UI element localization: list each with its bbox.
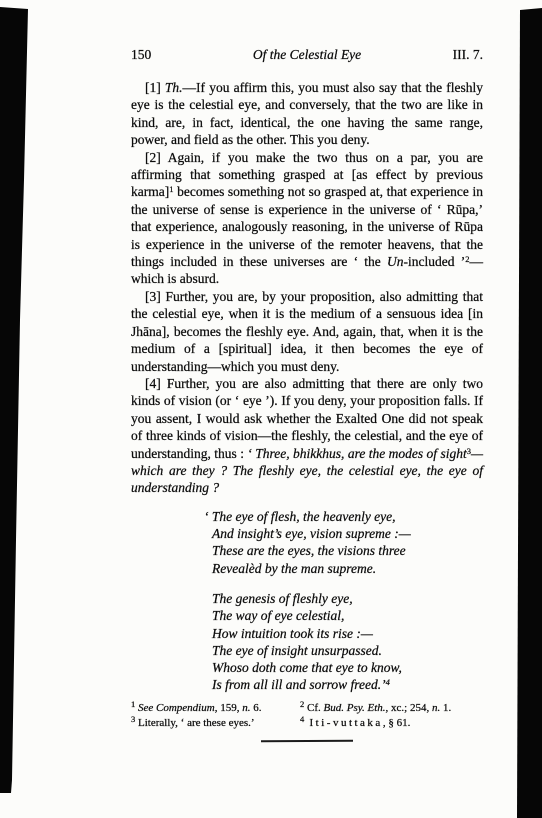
footnote-1-text: , 159, (215, 702, 243, 714)
footnote-2-work: Bud. Psy. Eth. (324, 702, 386, 714)
verse-line: ‘ The eye of flesh, the heavenly eye, (212, 508, 483, 525)
paragraph-2-text-c: -included ’ (404, 254, 466, 269)
footnote-2-text: Cf. (304, 702, 323, 714)
page-number: 150 (131, 46, 151, 63)
footnote-row-1: 1 See Compendium, 159, n. 6. 2 Cf. Bud. … (131, 701, 483, 716)
speaker-abbreviation: Th. (165, 80, 183, 95)
paragraph-1: [1] Th.—If you affirm this, you must als… (131, 79, 483, 149)
scan-gutter-shadow-left (0, 0, 30, 818)
footnote-1-end: 6. (250, 702, 261, 714)
un-included-term: Un (387, 254, 404, 269)
footnote-2: 2 Cf. Bud. Psy. Eth., xc.; 254, n. 1. (300, 701, 451, 716)
footnote-1: 1 See Compendium, 159, n. 6. (131, 701, 300, 716)
footnote-2-n: n. (432, 702, 440, 714)
verse-line: Revealèd by the man supreme. (212, 560, 483, 577)
footnote-2-end: 1. (440, 702, 451, 714)
footnote-1-work: See Compendium (135, 702, 214, 714)
section-number: III. 7. (453, 46, 483, 63)
verse-line: And insight’s eye, vision supreme :— (212, 525, 483, 542)
verse-stanza-1: ‘ The eye of flesh, the heavenly eye, An… (212, 508, 483, 577)
verse-line: These are the eyes, the visions three (212, 542, 483, 559)
verse-stanza-2: The genesis of fleshly eye, The way of e… (212, 590, 483, 694)
running-title: Of the Celestial Eye (253, 46, 361, 63)
verse-line: Whoso doth come that eye to know, (212, 659, 483, 676)
verse-line: The way of eye celestial, (212, 607, 483, 624)
footnote-3-text: Literally, ‘ are these eyes.’ (135, 717, 254, 729)
page-text-block: 150 Of the Celestial Eye III. 7. [1] Th.… (131, 46, 483, 742)
paragraph-2: [2] Again, if you make the two thus on a… (131, 149, 483, 288)
footnote-4: 4 Iti-vuttaka, § 61. (300, 716, 410, 731)
paragraph-1-number: [1] (145, 80, 165, 95)
footnote-4-end: , § 61. (383, 717, 411, 729)
footnote-4-work: Iti-vuttaka (304, 717, 383, 729)
footnote-row-2: 3 Literally, ‘ are these eyes.’ 4 Iti-vu… (131, 716, 483, 731)
scanned-book-page: { "page": { "number": "150", "running_ti… (0, 0, 542, 818)
paragraph-1-text: —If you affirm this, you must also say t… (131, 80, 483, 147)
verse-line: The eye of insight unsurpassed. (212, 642, 483, 659)
paragraph-3: [3] Further, you are, by your propositio… (131, 288, 483, 375)
sutta-quote-part1: ‘ Three, bhikkhus, are the modes of sigh… (247, 446, 466, 461)
footnote-2-mid: , xc.; 254, (386, 702, 432, 714)
section-end-rule (261, 740, 353, 742)
verse-line-last-text: Is from all ill and sorrow freed.’ (212, 677, 386, 692)
verse-line: How intuition took its rise :— (212, 625, 483, 642)
paragraph-4: [4] Further, you are also admitting that… (131, 375, 483, 497)
verse-line: The genesis of fleshly eye, (212, 590, 483, 607)
running-head: 150 Of the Celestial Eye III. 7. (131, 46, 483, 63)
verse-line-last: Is from all ill and sorrow freed.’4 (212, 676, 483, 693)
scan-gutter-shadow-right (516, 0, 542, 818)
footnotes: 1 See Compendium, 159, n. 6. 2 Cf. Bud. … (131, 701, 483, 731)
footnote-3: 3 Literally, ‘ are these eyes.’ (131, 716, 300, 731)
footnote-ref-4: 4 (386, 677, 390, 687)
